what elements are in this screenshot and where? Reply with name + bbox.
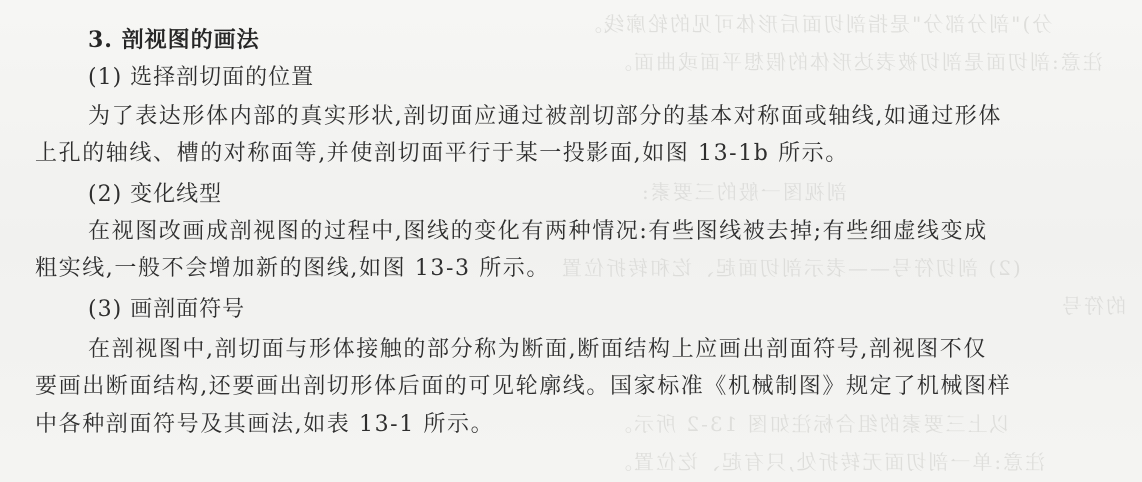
bleed-through-text: 以上三要素的组合标注如图 13-2 所示。 [610,408,1010,437]
bleed-through-text: 剖视图一般的三要素: [640,176,847,205]
subsection-title-1: (1) 选择剖切面的位置 [88,65,314,91]
paragraph-1-line-1: 为了表达形体内部的真实形状,剖切面应通过被剖切部分的基本对称面或轴线,如通过形体 [88,104,1002,130]
bleed-through-text: 注意:单一剖切面无转折处,只有起、讫位置。 [610,446,1045,475]
scanned-page: 分)"剖分部分"是指剖切面后形体可见的轮廓线。 注意:剖切面是剖切被表达形体的假… [0,0,1142,482]
paragraph-1-line-2: 上孔的轴线、槽的对称面等,并使剖切面平行于某一投影面,如图 13-1b 所示。 [35,141,849,167]
paragraph-3-line-3: 中各种剖面符号及其画法,如表 13-1 所示。 [35,412,494,438]
paragraph-2-line-1: 在视图改画成剖视图的过程中,图线的变化有两种情况:有些图线被去掉;有些细虚线变成 [88,219,988,245]
paragraph-2-line-2: 粗实线,一般不会增加新的图线,如图 13-3 所示。 [35,256,550,282]
bleed-through-text: 的符号 [1060,290,1126,319]
bleed-through-text: (2) 剖切符号——表示剖切面起、讫和转折位置 [560,252,1021,281]
section-heading: 3. 剖视图的画法 [88,27,260,53]
subsection-title-3: (3) 画剖面符号 [88,297,245,323]
paragraph-3-line-2: 要画出断面结构,还要画出剖切形体后面的可见轮廓线。国家标准《机械制图》规定了机械… [35,374,1011,400]
subsection-title-2: (2) 变化线型 [88,182,222,208]
bleed-through-text: 注意:剖切面是剖切被表达形体的假想平面或曲面。 [610,46,1103,75]
bleed-through-text: 分)"剖分部分"是指剖切面后形体可见的轮廓线。 [580,8,1052,37]
paragraph-3-line-1: 在剖视图中,剖切面与形体接触的部分称为断面,断面结构上应画出剖面符号,剖视图不仅 [88,337,987,363]
